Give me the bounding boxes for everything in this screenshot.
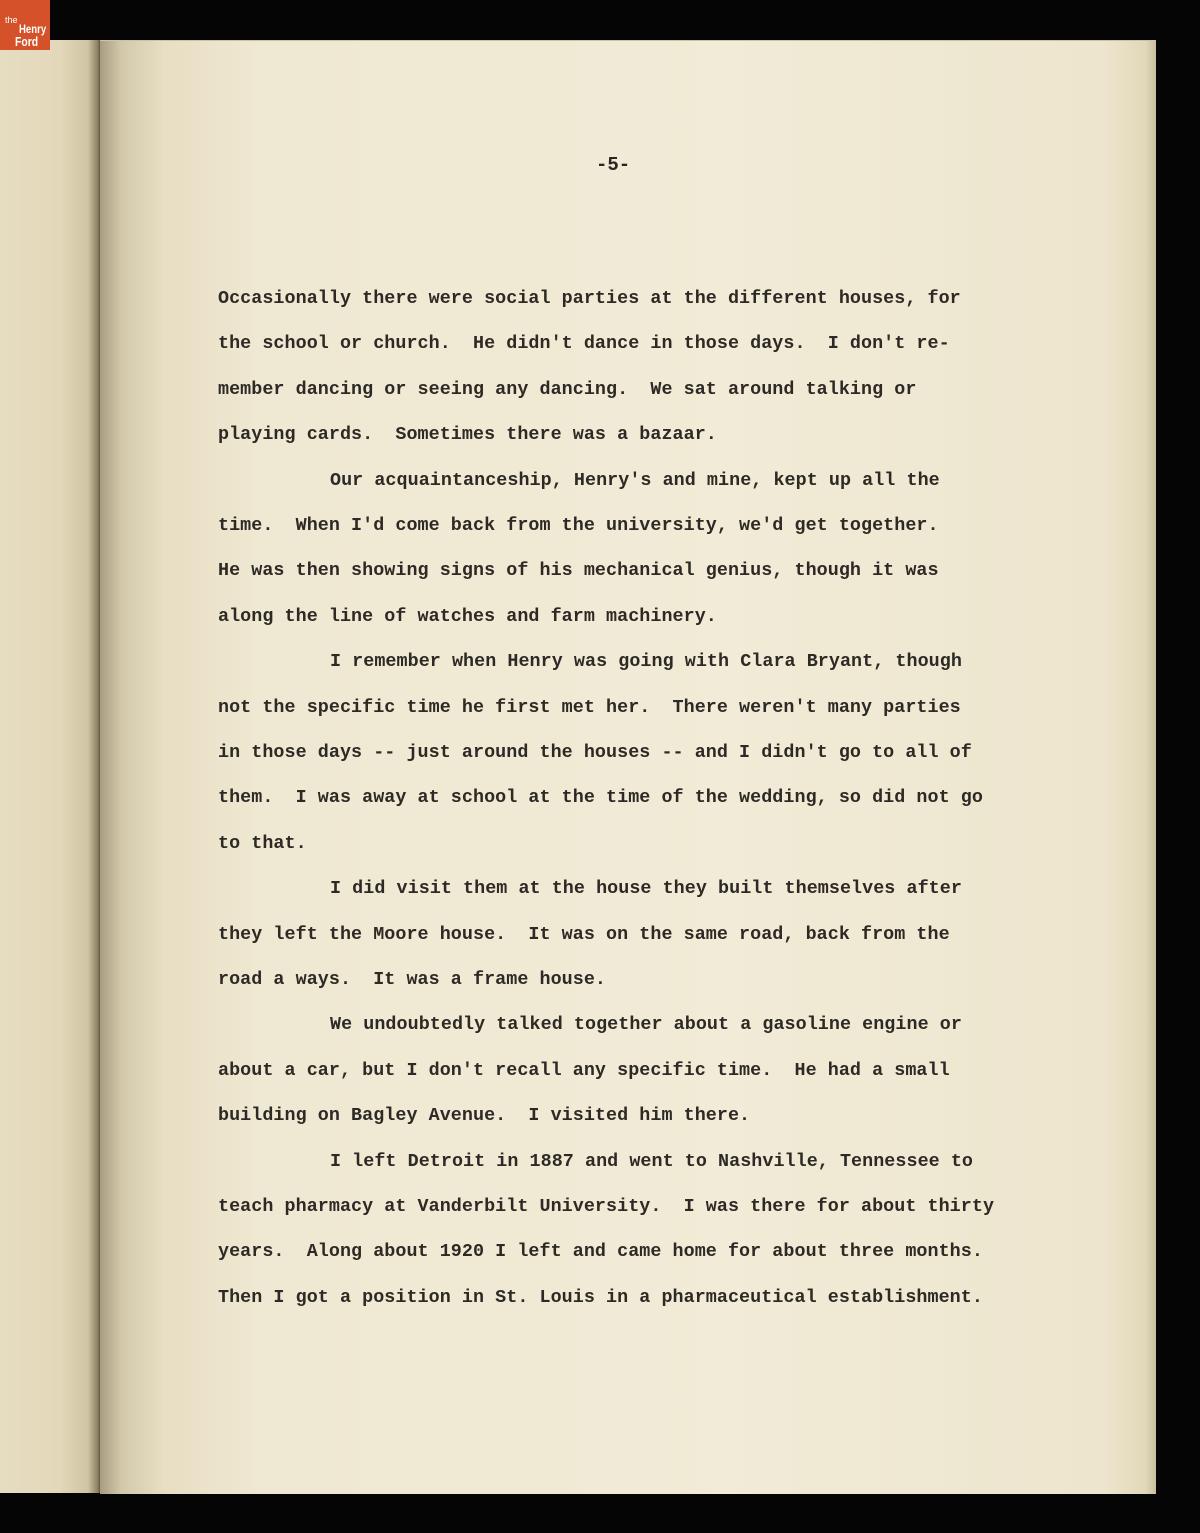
text-line: Then I got a position in St. Louis in a …	[218, 1287, 983, 1308]
henry-ford-logo: the Henry Ford	[0, 0, 50, 50]
document-page	[100, 40, 1156, 1494]
text-line: not the specific time he first met her. …	[218, 697, 961, 718]
text-line: I did visit them at the house they built…	[330, 878, 962, 899]
text-line: to that.	[218, 833, 307, 854]
logo-text-the: the	[5, 16, 18, 25]
text-line: years. Along about 1920 I left and came …	[218, 1241, 983, 1262]
text-line: along the line of watches and farm machi…	[218, 606, 717, 627]
text-line: Our acquaintanceship, Henry's and mine, …	[330, 470, 940, 491]
page-number: -5-	[596, 154, 630, 176]
text-line: building on Bagley Avenue. I visited him…	[218, 1105, 750, 1126]
text-line: them. I was away at school at the time o…	[218, 787, 983, 808]
text-line: the school or church. He didn't dance in…	[218, 333, 950, 354]
text-line: We undoubtedly talked together about a g…	[330, 1014, 962, 1035]
text-line: teach pharmacy at Vanderbilt University.…	[218, 1196, 994, 1217]
logo-text-ford: Ford	[15, 35, 38, 48]
text-line: they left the Moore house. It was on the…	[218, 924, 950, 945]
text-line: I remember when Henry was going with Cla…	[330, 651, 962, 672]
text-line: in those days -- just around the houses …	[218, 742, 972, 763]
left-page-edge	[0, 40, 100, 1493]
text-line: member dancing or seeing any dancing. We…	[218, 379, 916, 400]
text-line: Occasionally there were social parties a…	[218, 288, 961, 309]
text-line: time. When I'd come back from the univer…	[218, 515, 939, 536]
text-line: I left Detroit in 1887 and went to Nashv…	[330, 1151, 973, 1172]
text-line: about a car, but I don't recall any spec…	[218, 1060, 950, 1081]
text-line: road a ways. It was a frame house.	[218, 969, 606, 990]
text-line: He was then showing signs of his mechani…	[218, 560, 939, 581]
text-line: playing cards. Sometimes there was a baz…	[218, 424, 717, 445]
